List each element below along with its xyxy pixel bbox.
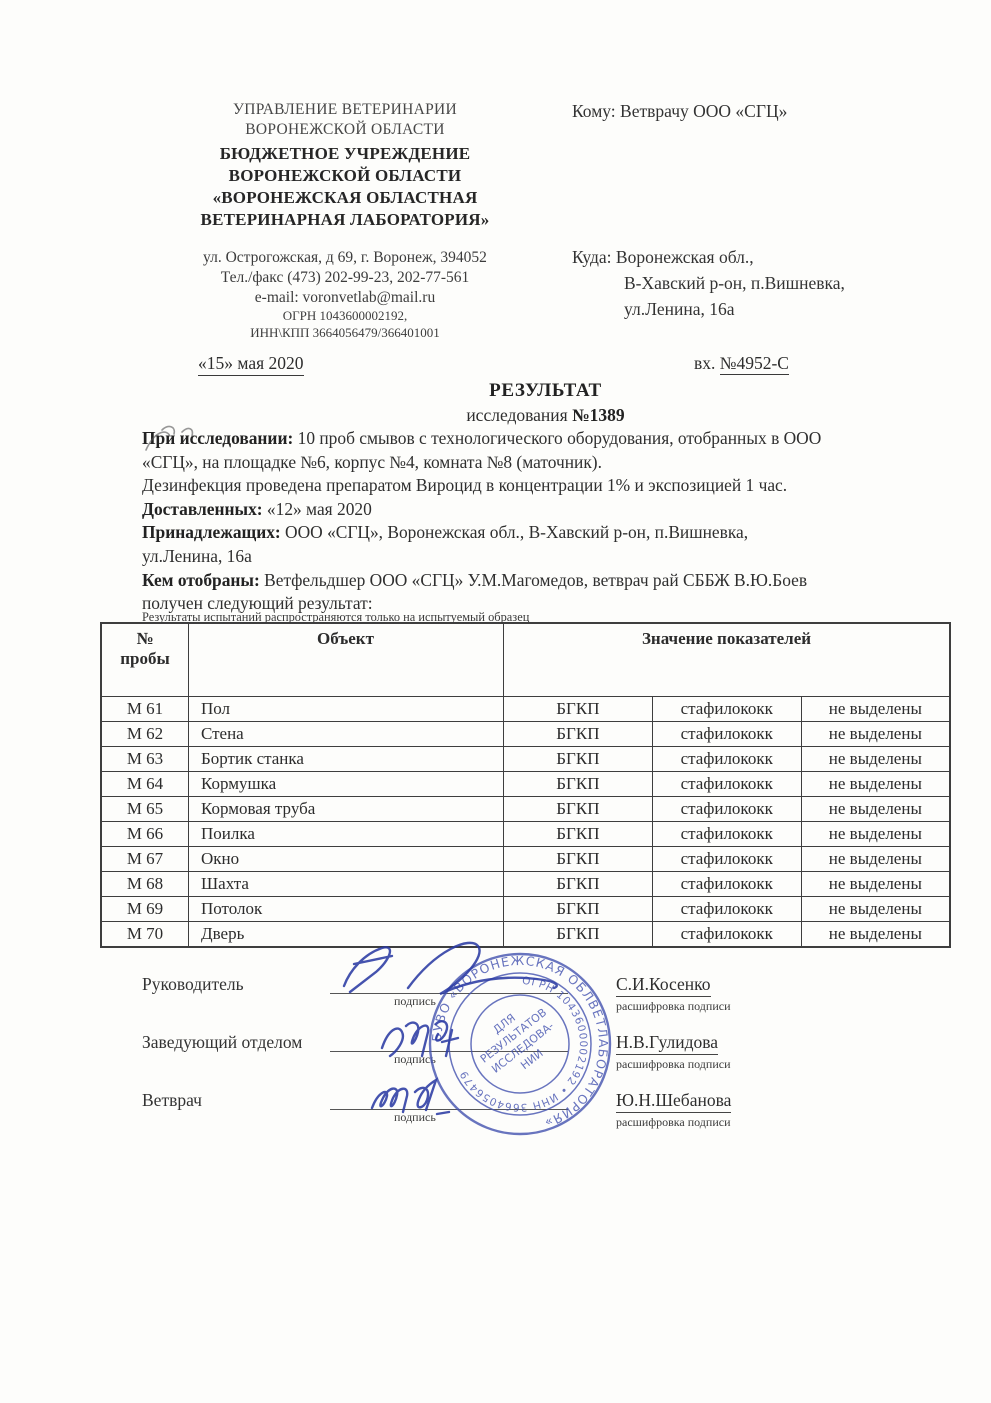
body-line: «СГЦ», на площадке №6, корпус №4, комнат… (142, 451, 974, 475)
org-name-line2: ВОРОНЕЖСКОЙ ОБЛАСТИ (115, 165, 575, 187)
table-cell: стафилококк (652, 822, 801, 847)
table-cell: стафилококк (652, 897, 801, 922)
col-header-values: Значение показателей (504, 623, 951, 697)
table-body: М 61ПолБГКПстафилококкне выделеныМ 62Сте… (101, 697, 950, 948)
org-name-line4: ВЕТЕРИНАРНАЯ ЛАБОРАТОРИЯ» (115, 209, 575, 231)
table-cell: БГКП (504, 722, 653, 747)
body-text: При исследовании: 10 проб смывов с техно… (142, 427, 974, 616)
incoming-number: вх. №4952-С (694, 353, 789, 374)
table-cell: стафилококк (652, 872, 801, 897)
table-cell: БГКП (504, 697, 653, 722)
pen-scribble-mark (138, 420, 208, 460)
table-cell: М 67 (101, 847, 189, 872)
table-cell: стафилококк (652, 697, 801, 722)
table-cell: БГКП (504, 822, 653, 847)
title-main: РЕЗУЛЬТАТ (100, 380, 991, 402)
table-header-row: №пробы Объект Значение показателей (101, 623, 950, 697)
body-line: Доставленных: «12» мая 2020 (142, 498, 974, 522)
table-cell: стафилококк (652, 847, 801, 872)
org-name-line3: «ВОРОНЕЖСКАЯ ОБЛАСТНАЯ (115, 187, 575, 209)
title-study-number: №1389 (572, 405, 625, 425)
table-cell: М 62 (101, 722, 189, 747)
org-letterhead: УПРАВЛЕНИЕ ВЕТЕРИНАРИИ ВОРОНЕЖСКОЙ ОБЛАС… (115, 100, 575, 341)
table-row: М 61ПолБГКПстафилококкне выделены (101, 697, 950, 722)
body-line: ул.Ленина, 16а (142, 545, 974, 569)
org-phone: Тел./факс (473) 202-99-23, 202-77-561 (115, 268, 575, 288)
table-cell: Потолок (189, 897, 504, 922)
title-sub-prefix: исследования (466, 405, 572, 425)
table-cell: М 65 (101, 797, 189, 822)
destination-line1: Куда: Воронежская обл., (572, 244, 845, 270)
table-cell: не выделены (801, 747, 950, 772)
table-row: М 63Бортик станкаБГКПстафилококкне выдел… (101, 747, 950, 772)
table-row: М 64КормушкаБГКПстафилококкне выделены (101, 772, 950, 797)
destination-line3: ул.Ленина, 16а (572, 296, 845, 322)
org-name-line1: БЮДЖЕТНОЕ УЧРЕЖДЕНИЕ (115, 143, 575, 165)
table-cell: не выделены (801, 922, 950, 948)
org-dept-line2: ВОРОНЕЖСКОЙ ОБЛАСТИ (115, 120, 575, 140)
body-line: Принадлежащих: ООО «СГЦ», Воронежская об… (142, 521, 974, 545)
veterinarian-signature (372, 1080, 449, 1114)
table-cell: БГКП (504, 797, 653, 822)
table-row: М 65Кормовая трубаБГКПстафилококкне выде… (101, 797, 950, 822)
table-cell: М 66 (101, 822, 189, 847)
table-cell: Шахта (189, 872, 504, 897)
title-sub: исследования №1389 (100, 405, 991, 426)
table-cell: не выделены (801, 722, 950, 747)
table-cell: Стена (189, 722, 504, 747)
incoming-number-value: №4952-С (720, 353, 789, 375)
table-cell: Поилка (189, 822, 504, 847)
handwritten-signatures (140, 930, 720, 1130)
org-dept-line1: УПРАВЛЕНИЕ ВЕТЕРИНАРИИ (115, 100, 575, 120)
table-cell: не выделены (801, 772, 950, 797)
table-cell: стафилококк (652, 747, 801, 772)
table-cell: стафилококк (652, 722, 801, 747)
table-cell: М 61 (101, 697, 189, 722)
table-cell: М 64 (101, 772, 189, 797)
addressee-destination: Куда: Воронежская обл., В-Хавский р-он, … (572, 244, 845, 322)
table-row: М 67ОкноБГКПстафилококкне выделены (101, 847, 950, 872)
document-date: «15» мая 2020 (198, 353, 304, 376)
table-cell: не выделены (801, 797, 950, 822)
head-of-department-signature (382, 1021, 458, 1056)
table-cell: БГКП (504, 897, 653, 922)
table-cell: БГКП (504, 772, 653, 797)
table-cell: БГКП (504, 847, 653, 872)
table-cell: М 69 (101, 897, 189, 922)
table-cell: М 68 (101, 872, 189, 897)
org-email: e-mail: voronvetlab@mail.ru (115, 288, 575, 308)
org-inn: ИНН\КПП 3664056479/366401001 (115, 325, 575, 342)
body-line: Кем отобраны: Ветфельдшер ООО «СГЦ» У.М.… (142, 569, 974, 593)
table-row: М 68ШахтаБГКПстафилококкне выделены (101, 872, 950, 897)
addressee-to: Кому: Ветврачу ООО «СГЦ» (572, 101, 787, 122)
incoming-label: вх. (694, 353, 720, 373)
table-cell: Бортик станка (189, 747, 504, 772)
director-signature (344, 943, 557, 994)
org-address: ул. Острогожская, д 69, г. Воронеж, 3940… (115, 248, 575, 268)
table-cell: не выделены (801, 897, 950, 922)
table-cell: М 63 (101, 747, 189, 772)
table-cell: не выделены (801, 872, 950, 897)
table-cell: Окно (189, 847, 504, 872)
table-cell: не выделены (801, 697, 950, 722)
table-cell: не выделены (801, 847, 950, 872)
table-cell: не выделены (801, 822, 950, 847)
table-row: М 69ПотолокБГКПстафилококкне выделены (101, 897, 950, 922)
table-cell: БГКП (504, 872, 653, 897)
table-cell: Кормовая труба (189, 797, 504, 822)
table-cell: Пол (189, 697, 504, 722)
table-row: М 62СтенаБГКПстафилококкне выделены (101, 722, 950, 747)
col-header-object: Объект (189, 623, 504, 697)
table-cell: БГКП (504, 747, 653, 772)
destination-line2: В-Хавский р-он, п.Вишневка, (572, 270, 845, 296)
body-line: При исследовании: 10 проб смывов с техно… (142, 427, 974, 451)
body-line: Дезинфекция проведена препаратом Вироцид… (142, 474, 974, 498)
col-header-sample-no: №пробы (101, 623, 189, 697)
table-cell: стафилококк (652, 797, 801, 822)
table-row: М 66ПоилкаБГКПстафилококкне выделены (101, 822, 950, 847)
table-cell: Кормушка (189, 772, 504, 797)
results-table: №пробы Объект Значение показателей М 61П… (100, 622, 951, 948)
document-page: УПРАВЛЕНИЕ ВЕТЕРИНАРИИ ВОРОНЕЖСКОЙ ОБЛАС… (0, 0, 991, 1403)
table-cell: стафилококк (652, 772, 801, 797)
document-title: РЕЗУЛЬТАТ исследования №1389 (100, 380, 991, 426)
org-ogrn: ОГРН 1043600002192, (115, 308, 575, 325)
